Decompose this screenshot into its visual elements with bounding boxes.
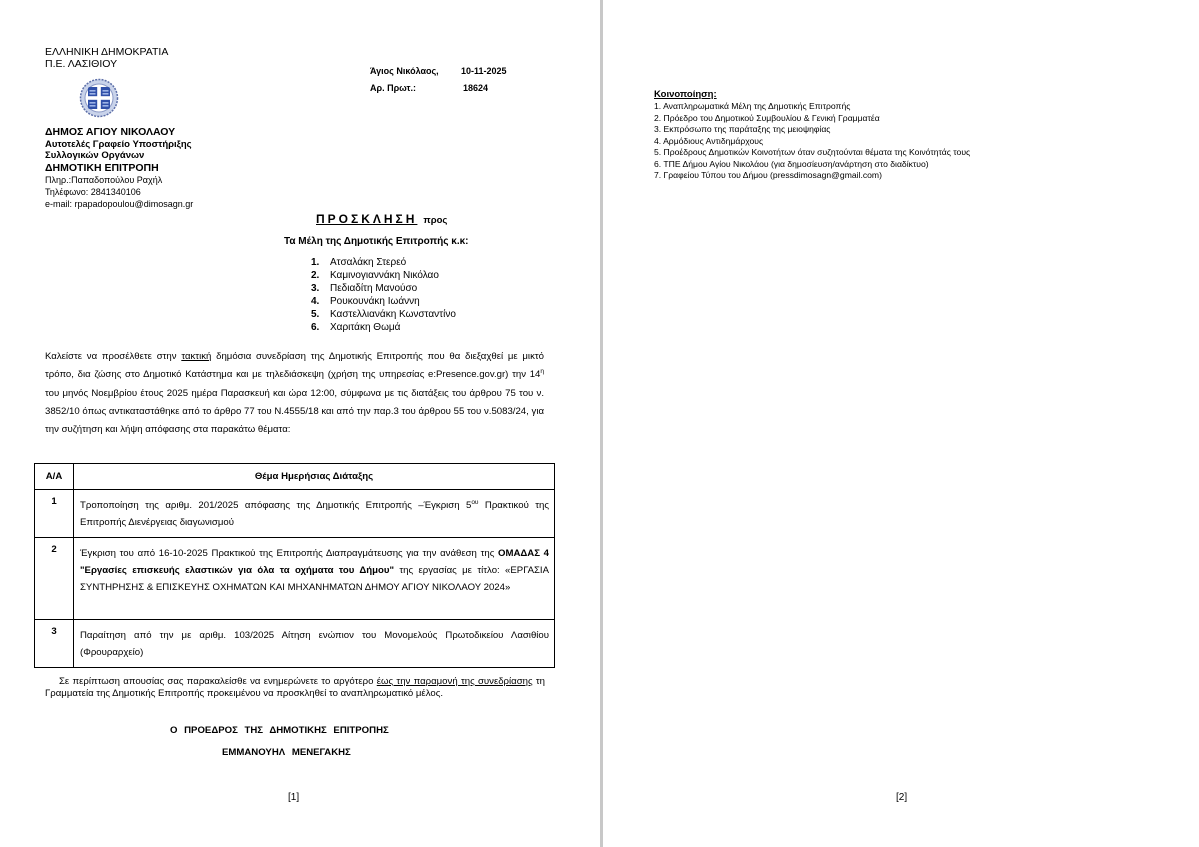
list-item: 1. Αναπληρωματικά Μέλη της Δημοτικής Επι… — [654, 101, 970, 113]
place-label: Άγιος Νικόλαος, — [370, 66, 439, 76]
document-page-1: ΕΛΛΗΝΙΚΗ ΔΗΜΟΚΡΑΤΙΑ Π.Ε. ΛΑΣΙΘΙΟΥ ΔΗΜΟΣ … — [0, 0, 600, 847]
member-name: Καστελλιανάκη Κωνσταντίνο — [330, 308, 456, 321]
page-number: [1] — [288, 792, 299, 803]
list-item: 6. ΤΠΕ Δήμου Αγίου Νικολάου (για δημοσίε… — [654, 159, 970, 171]
signatory-name: ΕΜΜΑΝΟΥΗΛ ΜΕΝΕΓΑΚΗΣ — [222, 747, 351, 758]
subject-text: Τροποποίηση της αριθμ. 201/2025 απόφασης… — [80, 500, 471, 511]
absence-text: Σε περίπτωση απουσίας σας παρακαλείσθε ν… — [59, 676, 377, 687]
table-row: 2 Έγκριση του από 16-10-2025 Πρακτικού τ… — [35, 538, 555, 620]
list-item: 2. Πρόεδρο του Δημοτικού Συμβουλίου & Γε… — [654, 113, 970, 125]
office-line-1: Αυτοτελές Γραφείο Υποστήριξης — [45, 139, 192, 150]
member-number: 2. — [311, 269, 330, 282]
recipients-line: Τα Μέλη της Δημοτικής Επιτροπής κ.κ: — [284, 236, 469, 247]
municipality-name: ΔΗΜΟΣ ΑΓΙΟΥ ΝΙΚΟΛΑΟΥ — [45, 126, 175, 138]
member-number: 5. — [311, 308, 330, 321]
agenda-item-subject: Παραίτηση από την με αριθμ. 103/2025 Αίτ… — [74, 620, 555, 668]
title-suffix: προς — [423, 215, 447, 226]
member-name: Καμινογιαννάκη Νικόλαο — [330, 269, 439, 282]
notification-title: Κοινοποίηση: — [654, 89, 717, 100]
committee-name: ΔΗΜΟΤΙΚΗ ΕΠΙΤΡΟΠΗ — [45, 162, 159, 174]
email-address: e-mail: rpapadopoulou@dimosagn.gr — [45, 199, 193, 211]
member-number: 3. — [311, 282, 330, 295]
body-text: Καλείστε να προσέλθετε στην — [45, 351, 181, 362]
body-superscript: η — [540, 368, 544, 375]
member-number: 6. — [311, 321, 330, 334]
agenda-header-row: Α/Α Θέμα Ημερήσιας Διάταξης — [35, 464, 555, 490]
agenda-item-subject: Τροποποίηση της αριθμ. 201/2025 απόφασης… — [74, 490, 555, 538]
list-item: 5.Καστελλιανάκη Κωνσταντίνο — [311, 308, 456, 321]
list-item: 5. Προέδρους Δημοτικών Κοινοτήτων όταν σ… — [654, 147, 970, 159]
member-number: 4. — [311, 295, 330, 308]
office-line-2: Συλλογικών Οργάνων — [45, 150, 144, 161]
region-label: Π.Ε. ΛΑΣΙΘΙΟΥ — [45, 59, 117, 70]
column-header-aa: Α/Α — [35, 464, 74, 490]
agenda-item-subject: Έγκριση του από 16-10-2025 Πρακτικού της… — [74, 538, 555, 620]
list-item: 2.Καμινογιαννάκη Νικόλαο — [311, 269, 456, 282]
table-row: 3 Παραίτηση από την με αριθμ. 103/2025 Α… — [35, 620, 555, 668]
agenda-item-number: 3 — [35, 620, 74, 668]
body-text: του μηνός Νοεμβρίου έτους 2025 ημέρα Παρ… — [45, 388, 544, 436]
member-name: Ατσαλάκη Στερεό — [330, 256, 406, 269]
signatory-role: Ο ΠΡΟΕΔΡΟΣ ΤΗΣ ΔΗΜΟΤΙΚΗΣ ΕΠΙΤΡΟΠΗΣ — [170, 725, 389, 736]
table-row: 1 Τροποποίηση της αριθμ. 201/2025 απόφασ… — [35, 490, 555, 538]
notification-list: 1. Αναπληρωματικά Μέλη της Δημοτικής Επι… — [654, 101, 970, 182]
member-number: 1. — [311, 256, 330, 269]
absence-notice: Σε περίπτωση απουσίας σας παρακαλείσθε ν… — [45, 676, 545, 700]
member-name: Πεδιαδίτη Μανούσο — [330, 282, 417, 295]
list-item: 3. Εκπρόσωπο της παράταξης της μειοψηφία… — [654, 124, 970, 136]
agenda-item-number: 1 — [35, 490, 74, 538]
title-text: ΠΡΟΣΚΛΗΣΗ — [316, 212, 417, 226]
greek-coat-of-arms-icon — [79, 78, 119, 118]
protocol-number: 18624 — [463, 83, 488, 93]
protocol-label: Αρ. Πρωτ.: — [370, 83, 416, 93]
page-number: [2] — [896, 792, 907, 803]
country-label: ΕΛΛΗΝΙΚΗ ΔΗΜΟΚΡΑΤΙΑ — [45, 47, 168, 58]
document-date: 10-11-2025 — [461, 66, 507, 76]
list-item: 7. Γραφείου Τύπου του Δήμου (pressdimosa… — [654, 170, 970, 182]
member-name: Ρουκουνάκη Ιωάννη — [330, 295, 420, 308]
list-item: 3.Πεδιαδίτη Μανούσο — [311, 282, 456, 295]
document-title: ΠΡΟΣΚΛΗΣΗπρος — [316, 210, 447, 228]
absence-underlined-text: έως την παραμονή της συνεδρίασης — [377, 676, 533, 687]
members-list: 1.Ατσαλάκη Στερεό2.Καμινογιαννάκη Νικόλα… — [311, 256, 456, 334]
subject-text: Έγκριση του από 16-10-2025 Πρακτικού της… — [80, 548, 498, 559]
member-name: Χαριτάκη Θωμά — [330, 321, 400, 334]
list-item: 4. Αρμόδιους Αντιδημάρχους — [654, 136, 970, 148]
phone-number: Τηλέφωνο: 2841340106 — [45, 187, 141, 199]
agenda-table: Α/Α Θέμα Ημερήσιας Διάταξης 1 Τροποποίησ… — [34, 463, 555, 668]
contact-person: Πληρ.:Παπαδοπούλου Ραχήλ — [45, 175, 162, 187]
list-item: 1.Ατσαλάκη Στερεό — [311, 256, 456, 269]
agenda-item-number: 2 — [35, 538, 74, 620]
body-underlined-text: τακτική — [181, 351, 211, 362]
list-item: 6.Χαριτάκη Θωμά — [311, 321, 456, 334]
column-header-subject: Θέμα Ημερήσιας Διάταξης — [74, 464, 555, 490]
invitation-body: Καλείστε να προσέλθετε στην τακτική δημό… — [45, 348, 544, 439]
list-item: 4.Ρουκουνάκη Ιωάννη — [311, 295, 456, 308]
